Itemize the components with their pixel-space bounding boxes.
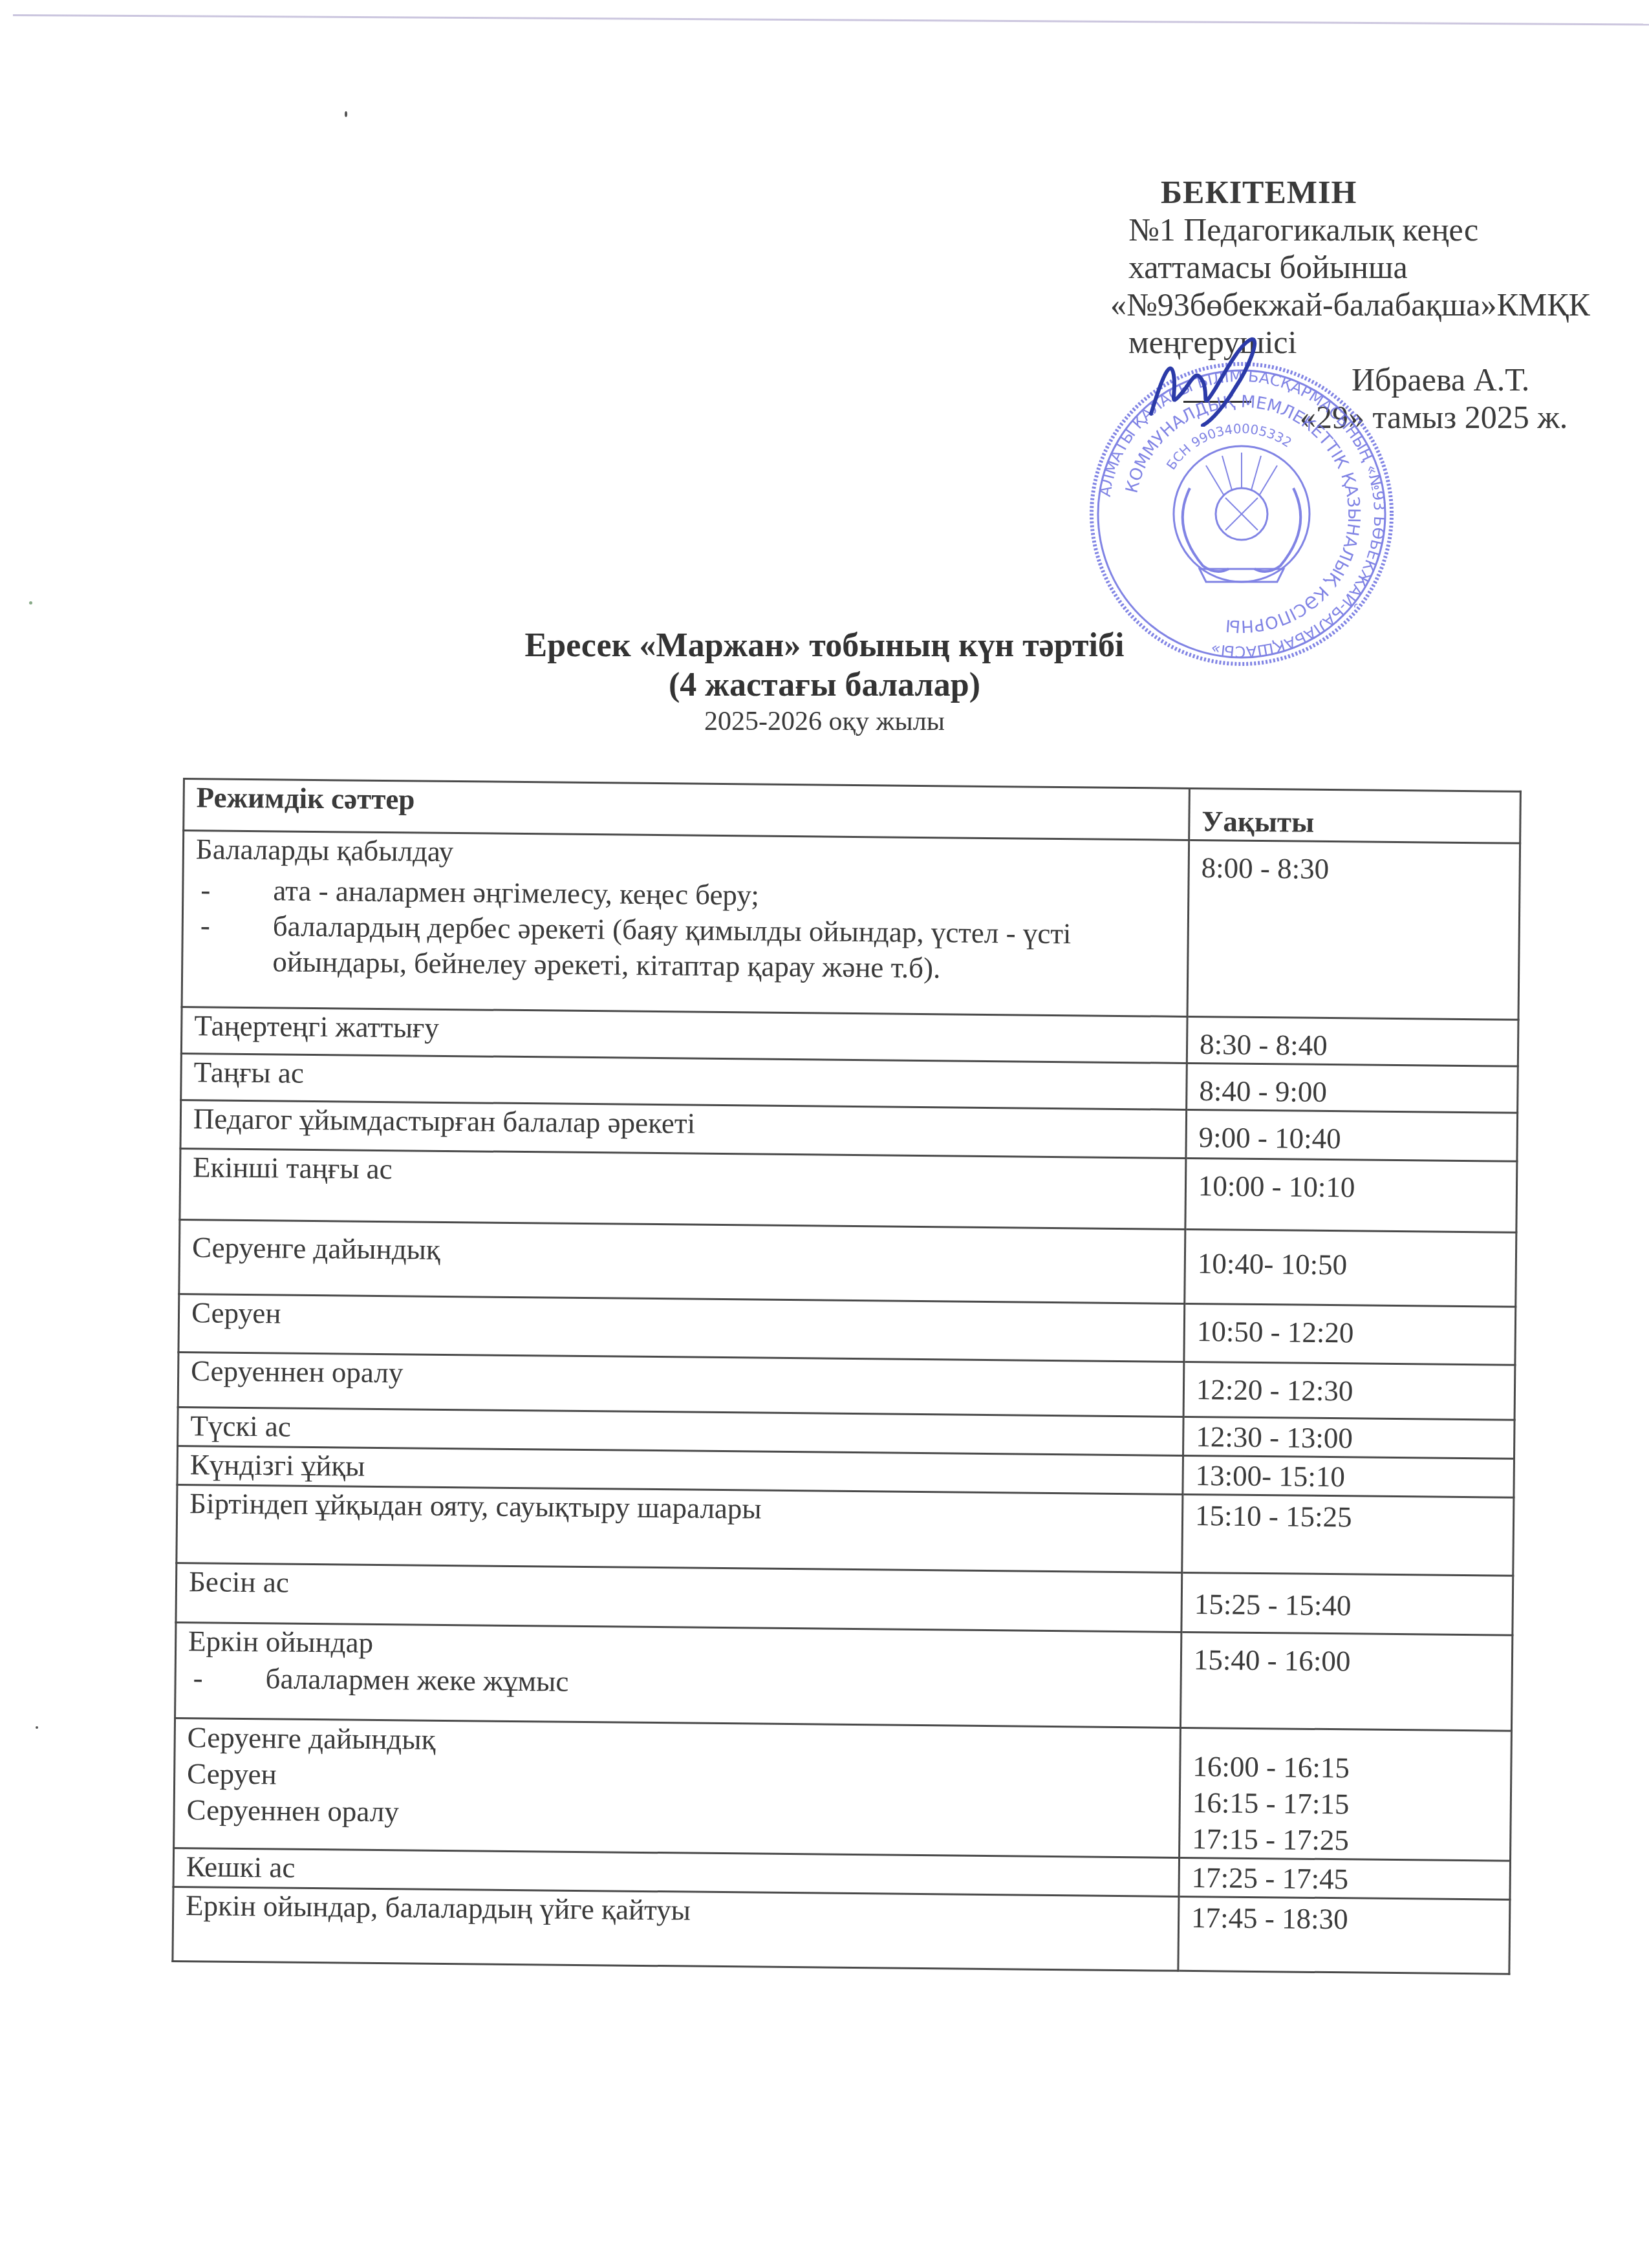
scan-speck [36,1726,38,1729]
approval-line: «№93бөбекжай-балабақша»КМҚК [1110,286,1639,323]
activity-cell: Серуен [178,1294,1185,1362]
time-cell: 17:25 - 17:45 [1179,1857,1511,1899]
approval-line: хаттамасы бойынша [1128,248,1639,286]
time-cell: 16:00 - 16:15 16:15 - 17:15 17:15 - 17:2… [1180,1728,1512,1861]
activity-cell: Екінші таңғы ас [180,1148,1186,1229]
scan-speck [29,601,32,604]
table-row: Еркін ойындар, балалардың үйге қайтуы 17… [173,1887,1510,1974]
time-cell: 15:25 - 15:40 [1181,1572,1513,1635]
daily-schedule-table: Режимдік сәттер Уақыты Балаларды қабылда… [171,778,1519,1975]
document-title: Ересек «Маржан» тобының күн тәртібі [0,626,1649,666]
time-cell: 13:00- 15:10 [1183,1455,1514,1497]
activity-cell: Еркін ойындар балалармен жеке жұмыс [175,1622,1181,1728]
activity-bullets: ата - аналармен әңгімелесу, кеңес беру; … [195,872,1176,989]
time-cell: 15:40 - 16:00 [1180,1632,1512,1731]
header-time: Уақыты [1189,788,1521,843]
approval-block: БЕКІТЕМІН №1 Педагогикалық кеңес хаттама… [1128,173,1639,436]
table-row: Балаларды қабылдау ата - аналармен әңгім… [182,831,1520,1020]
time-cell: 8:30 - 8:40 [1187,1016,1518,1066]
table-row: Біртіндеп ұйқыдан ояту, сауықтыру шарала… [177,1484,1514,1576]
time-cell: 10:40- 10:50 [1185,1229,1516,1307]
approval-line: №1 Педагогикалық кеңес [1128,211,1639,248]
table-row: Екінші таңғы ас 10:00 - 10:10 [180,1148,1517,1232]
scan-speck [345,111,347,117]
activity-cell: Балаларды қабылдау ата - аналармен әңгім… [182,831,1189,1017]
activity-cell: Серуенге дайындық Серуен Серуеннен оралу [174,1718,1181,1857]
time-value: 17:15 - 17:25 [1192,1821,1498,1860]
time-cell: 12:20 - 12:30 [1183,1362,1515,1420]
academic-year: 2025-2026 оқу жылы [0,705,1649,738]
bullet-item: балалармен жеке жұмыс [188,1660,1168,1706]
activity-cell: Біртіндеп ұйқыдан ояту, сауықтыру шарала… [177,1484,1183,1572]
time-cell: 15:10 - 15:25 [1182,1494,1514,1576]
bullet-item: балалардың дербес әрекеті (баяу қимылды … [195,908,1176,989]
time-value: 16:00 - 16:15 [1192,1748,1499,1788]
approval-line: меңгерушісі [1128,323,1639,361]
activity-bullets: балалармен жеке жұмыс [188,1660,1168,1706]
time-cell: 17:45 - 18:30 [1178,1896,1510,1974]
activity-cell: Бесін ас [176,1563,1182,1632]
activity-cell: Еркін ойындар, балалардың үйге қайтуы [173,1887,1179,1971]
document-title-block: Ересек «Маржан» тобының күн тәртібі (4 ж… [0,626,1649,738]
table-row: Серуенге дайындық 10:40- 10:50 [179,1219,1516,1307]
time-cell: 10:00 - 10:10 [1185,1158,1517,1232]
time-cell: 12:30 - 13:00 [1183,1417,1515,1459]
table-row: Серуенге дайындық Серуен Серуеннен оралу… [174,1718,1512,1861]
signature-line [1183,401,1251,403]
approval-date: «29» тамыз 2025 ж. [1300,398,1639,436]
time-cell: 8:00 - 8:30 [1187,840,1520,1020]
approval-signatory: Ибраева А.Т. [1352,361,1639,398]
time-cell: 10:50 - 12:20 [1184,1303,1516,1365]
header-activity: Режимдік сәттер [184,779,1190,840]
time-cell: 8:40 - 9:00 [1187,1063,1518,1113]
table-row: Еркін ойындар балалармен жеке жұмыс 15:4… [175,1622,1513,1731]
time-cell: 9:00 - 10:40 [1186,1109,1518,1161]
time-value: 16:15 - 17:15 [1192,1784,1499,1824]
document-subtitle: (4 жастағы балалар) [0,666,1649,705]
approval-title: БЕКІТЕМІН [1161,173,1639,211]
activity-cell: Серуенге дайындық [179,1219,1185,1303]
scan-edge-line [13,14,1649,26]
activity-cell: Серуеннен оралу [178,1352,1184,1417]
activity-label: Балаларды қабылдау [196,831,1176,877]
